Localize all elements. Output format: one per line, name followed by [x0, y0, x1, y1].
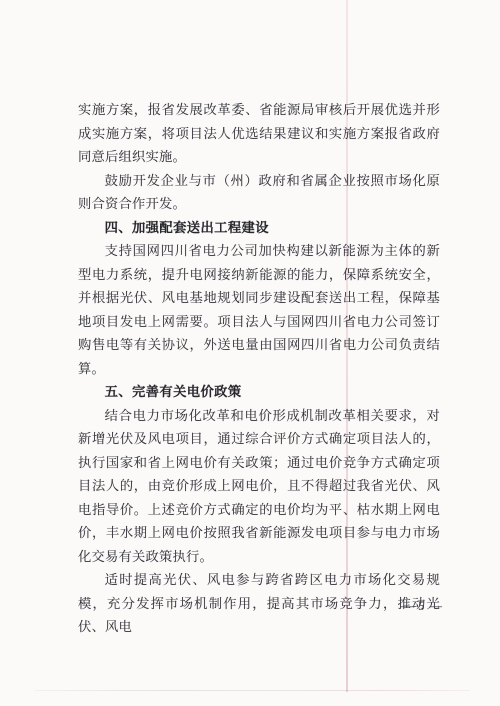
body-paragraph-market-trading: 适时提高光伏、风电参与跨省跨区电力市场化交易规模，充分发挥市场机制作用，提高其市…: [78, 568, 440, 639]
document-page: 实施方案，报省发展改革委、省能源局审核后开展优选并形成实施方案，将项目法人优选结…: [0, 0, 500, 706]
section-heading-4-grid-connection-works: 四、加强配套送出工程建设: [78, 216, 440, 240]
section-heading-5-electricity-price-policy: 五、完善有关电价政策: [78, 380, 440, 404]
body-paragraph-implementation-plan: 实施方案，报省发展改革委、省能源局审核后开展优选并形成实施方案，将项目法人优选结…: [78, 98, 440, 169]
page-number: — 5 —: [401, 599, 444, 613]
document-body: 实施方案，报省发展改革委、省能源局审核后开展优选并形成实施方案，将项目法人优选结…: [78, 98, 440, 639]
scan-artifact-bottom-streak: [35, 690, 470, 691]
body-paragraph-price-policy: 结合电力市场化改革和电价形成机制改革相关要求，对新增光伏及风电项目，通过综合评价…: [78, 404, 440, 569]
body-paragraph-grid-support: 支持国网四川省电力公司加快构建以新能源为主体的新型电力系统，提升电网接纳新能源的…: [78, 239, 440, 380]
body-paragraph-encourage-joint-development: 鼓励开发企业与市（州）政府和省属企业按照市场化原则合资合作开发。: [78, 169, 440, 216]
